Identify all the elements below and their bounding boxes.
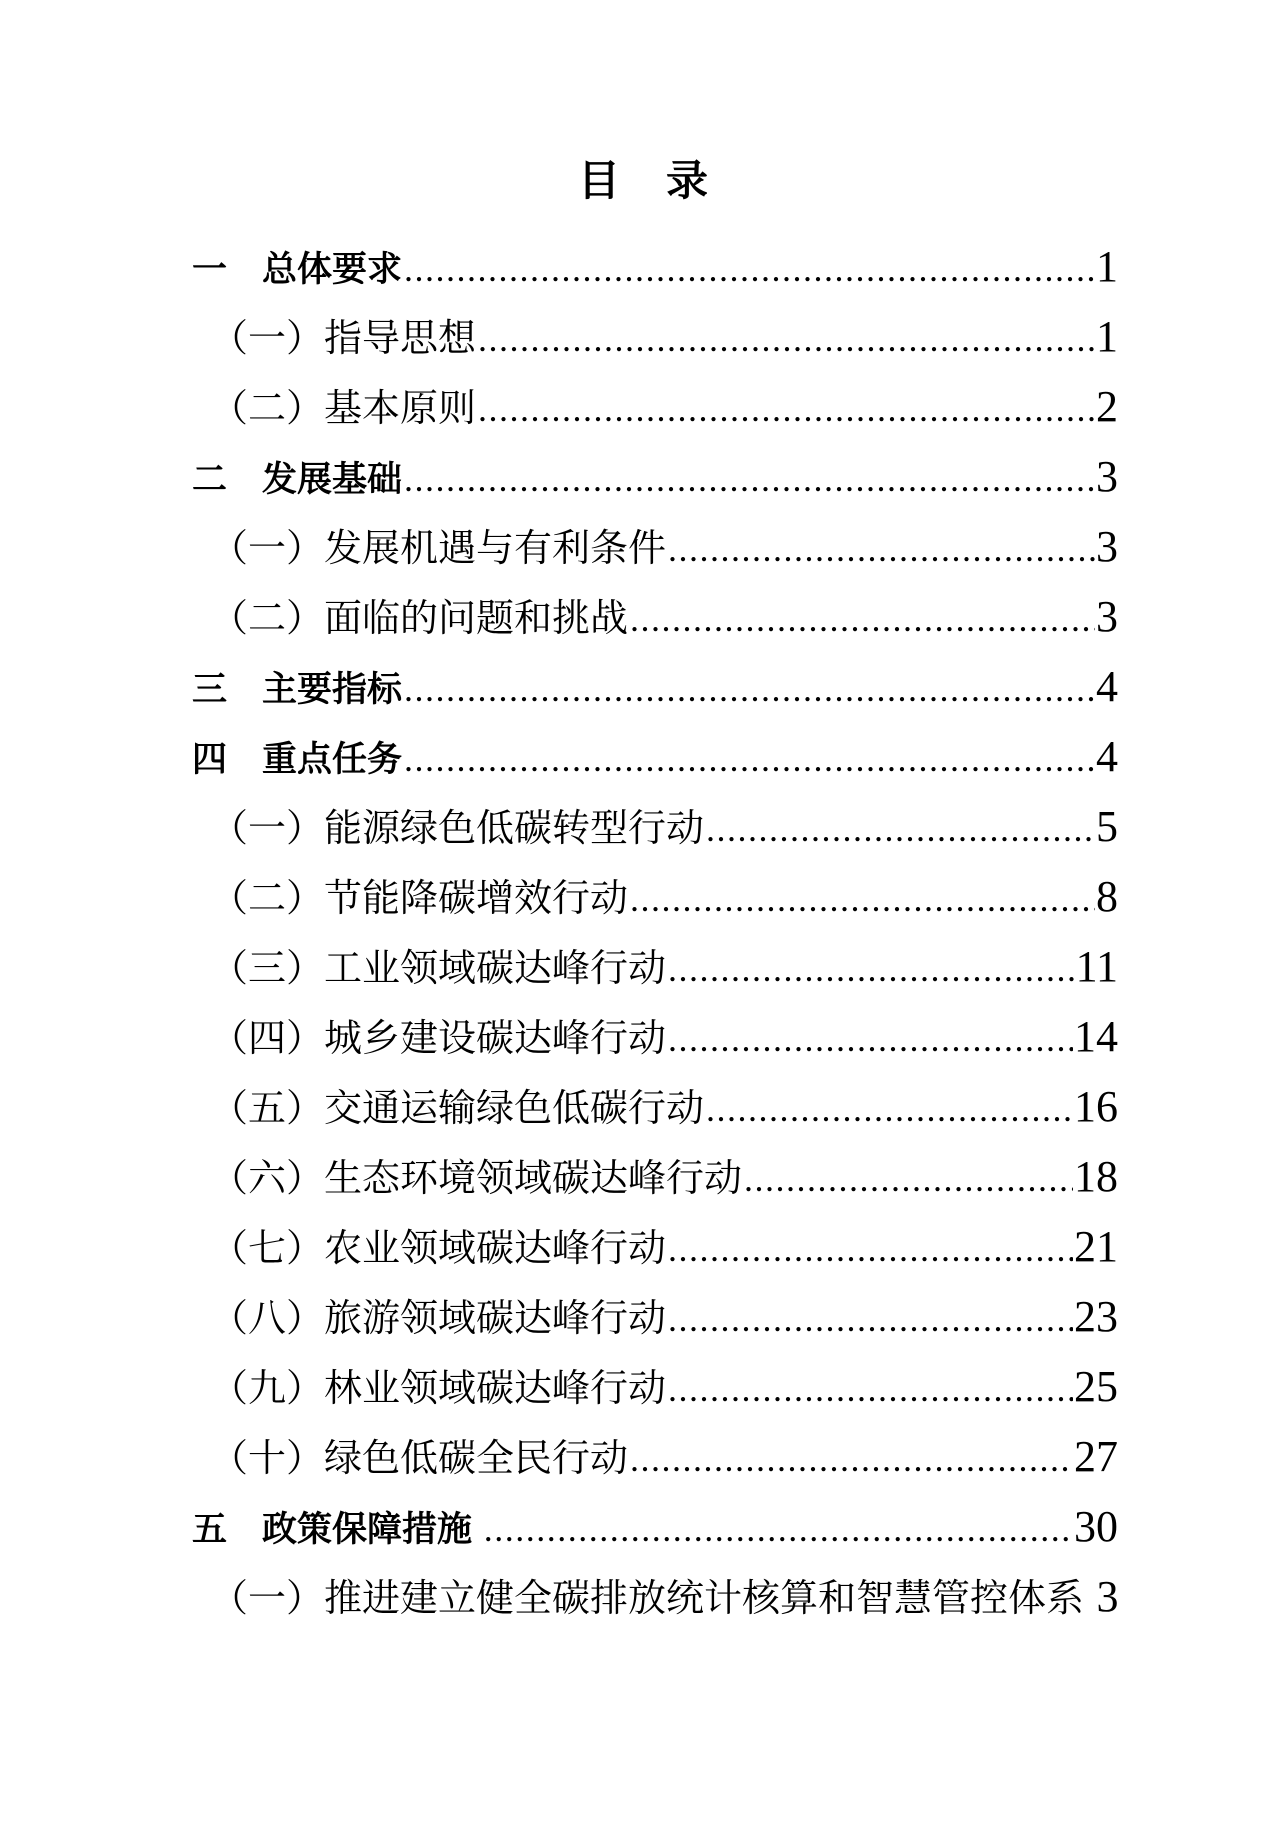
dot-leader: ........................................…: [668, 1284, 1073, 1352]
toc-entry[interactable]: 四 重点任务 .................................…: [170, 722, 1118, 792]
toc-entry-page: 4: [1096, 652, 1118, 722]
toc-entry-label: （九）林业领域碳达峰行动: [170, 1354, 666, 1422]
toc-entry-label: （一）推进建立健全碳排放统计核算和智慧管控体系: [170, 1564, 1094, 1632]
toc-entry-page: 30: [1097, 1562, 1118, 1632]
page-title: 目 录: [0, 0, 1288, 206]
dot-leader: ........................................…: [404, 654, 1095, 722]
toc-entry-label: （七）农业领域碳达峰行动: [170, 1214, 666, 1282]
toc-entry-page: 23: [1074, 1282, 1118, 1352]
toc-entry[interactable]: 三 主要指标 .................................…: [170, 652, 1118, 722]
toc-entry[interactable]: （七）农业领域碳达峰行动 ...........................…: [170, 1212, 1118, 1282]
dot-leader: ........................................…: [404, 724, 1095, 792]
toc-entry-page: 14: [1074, 1002, 1118, 1072]
toc-entry-label: （五）交通运输绿色低碳行动: [170, 1074, 704, 1142]
dot-leader: ........................................…: [668, 1214, 1073, 1282]
toc-entry[interactable]: （六）生态环境领域碳达峰行动 .........................…: [170, 1142, 1118, 1212]
toc-entry-page: 25: [1074, 1352, 1118, 1422]
dot-leader: ........................................…: [478, 304, 1095, 372]
toc-entry-label: （四）城乡建设碳达峰行动: [170, 1004, 666, 1072]
toc-entry-label: 一 总体要求: [170, 235, 402, 302]
toc-entry-label: 三 主要指标: [170, 655, 402, 722]
toc-entry-label: （一）指导思想: [170, 304, 476, 372]
dot-leader: ........................................…: [668, 1354, 1073, 1422]
toc-entry[interactable]: （一）发展机遇与有利条件 ...........................…: [170, 512, 1118, 582]
toc-entry-page: 3: [1096, 442, 1118, 512]
toc-entry-page: 21: [1074, 1212, 1118, 1282]
toc-entry[interactable]: 五 政策保障措施 ...............................…: [170, 1492, 1118, 1562]
toc-entry-label: （三）工业领域碳达峰行动: [170, 934, 666, 1002]
toc-entry[interactable]: 一 总体要求 .................................…: [170, 232, 1118, 302]
dot-leader: ........................................…: [478, 374, 1095, 442]
toc-entry[interactable]: （二）面临的问题和挑战 ............................…: [170, 582, 1118, 652]
toc-entry[interactable]: 二 发展基础 .................................…: [170, 442, 1118, 512]
dot-leader: ........................................…: [630, 864, 1095, 932]
toc-entry-label: （一）发展机遇与有利条件: [170, 514, 666, 582]
dot-leader: ........................................…: [668, 1004, 1073, 1072]
toc-entry-page: 1: [1096, 302, 1118, 372]
table-of-contents: 一 总体要求 .................................…: [170, 232, 1118, 1632]
toc-entry[interactable]: （五）交通运输绿色低碳行动 ..........................…: [170, 1072, 1118, 1142]
toc-entry-label: （十）绿色低碳全民行动: [170, 1424, 628, 1492]
dot-leader: ........................................…: [668, 514, 1095, 582]
toc-entry-page: 11: [1076, 932, 1118, 1002]
toc-entry[interactable]: （二）基本原则 ................................…: [170, 372, 1118, 442]
toc-entry-page: 8: [1096, 862, 1118, 932]
toc-entry[interactable]: （一）指导思想 ................................…: [170, 302, 1118, 372]
toc-entry-page: 2: [1096, 372, 1118, 442]
toc-entry-page: 1: [1096, 232, 1118, 302]
toc-entry[interactable]: （十）绿色低碳全民行动 ............................…: [170, 1422, 1118, 1492]
toc-entry-label: 二 发展基础: [170, 445, 402, 512]
toc-entry-page: 4: [1096, 722, 1118, 792]
document-page: 目 录 一 总体要求 .............................…: [0, 0, 1288, 1821]
dot-leader: ........................................…: [630, 584, 1095, 652]
toc-entry-label: （一）能源绿色低碳转型行动: [170, 794, 704, 862]
toc-entry[interactable]: （九）林业领域碳达峰行动 ...........................…: [170, 1352, 1118, 1422]
toc-entry[interactable]: （一）能源绿色低碳转型行动 ..........................…: [170, 792, 1118, 862]
toc-entry-page: 3: [1096, 582, 1118, 652]
toc-entry-label: （六）生态环境领域碳达峰行动: [170, 1144, 742, 1212]
toc-entry[interactable]: （一）推进建立健全碳排放统计核算和智慧管控体系 ................…: [170, 1562, 1118, 1632]
toc-entry-page: 18: [1074, 1142, 1118, 1212]
toc-entry[interactable]: （二）节能降碳增效行动 ............................…: [170, 862, 1118, 932]
toc-entry[interactable]: （八）旅游领域碳达峰行动 ...........................…: [170, 1282, 1118, 1352]
dot-leader: ........................................…: [404, 234, 1095, 302]
toc-entry-label: （二）节能降碳增效行动: [170, 864, 628, 932]
toc-entry-page: 5: [1096, 792, 1118, 862]
dot-leader: ........................................…: [706, 794, 1095, 862]
toc-entry-page: 27: [1074, 1422, 1118, 1492]
dot-leader: ........................................…: [706, 1074, 1073, 1142]
dot-leader: ........................................…: [668, 934, 1075, 1002]
dot-leader: ........................................…: [744, 1144, 1073, 1212]
toc-entry[interactable]: （四）城乡建设碳达峰行动 ...........................…: [170, 1002, 1118, 1072]
toc-entry-label: 四 重点任务: [170, 725, 402, 792]
toc-entry-page: 30: [1074, 1492, 1118, 1562]
dot-leader: ........................................…: [404, 444, 1095, 512]
toc-entry-page: 16: [1074, 1072, 1118, 1142]
toc-entry[interactable]: （三）工业领域碳达峰行动 ...........................…: [170, 932, 1118, 1002]
toc-entry-label: （八）旅游领域碳达峰行动: [170, 1284, 666, 1352]
dot-leader: ........................................…: [484, 1494, 1073, 1562]
toc-entry-label: 五 政策保障措施: [170, 1495, 482, 1562]
toc-entry-page: 3: [1096, 512, 1118, 582]
toc-entry-label: （二）面临的问题和挑战: [170, 584, 628, 652]
toc-entry-label: （二）基本原则: [170, 374, 476, 442]
dot-leader: ........................................…: [630, 1424, 1073, 1492]
